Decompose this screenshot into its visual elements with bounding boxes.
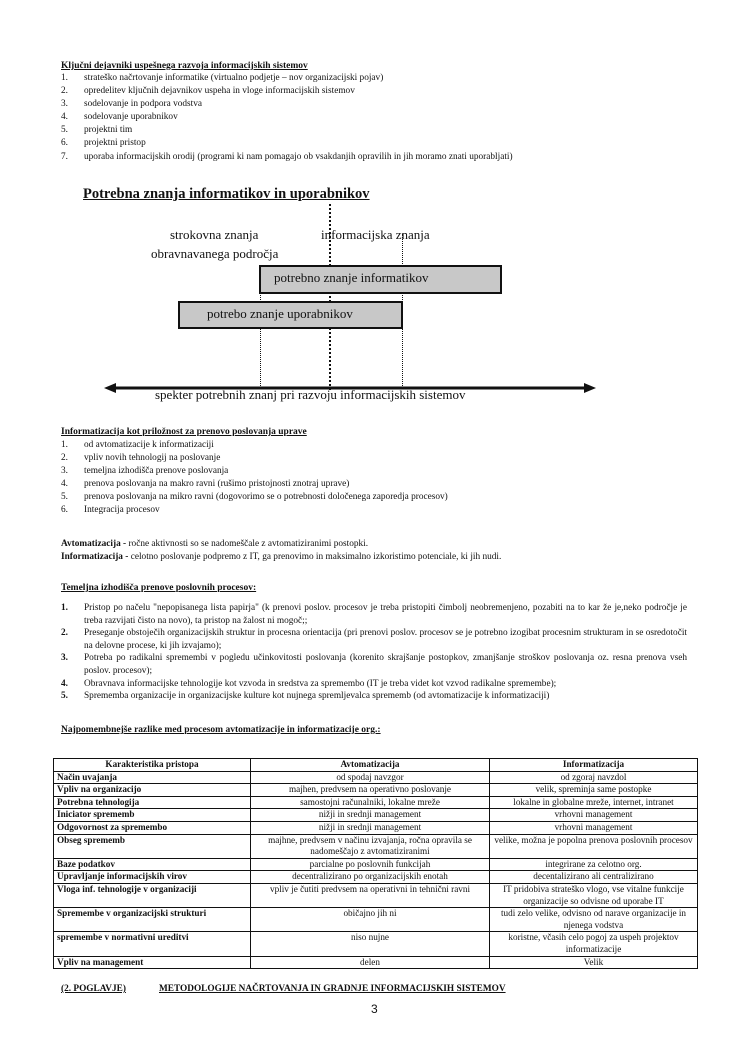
foundations-list: 1.Pristop po načelu "nepopisanega lista … <box>61 602 687 703</box>
definition-text: celotno poslovanje podpremo z IT, ga pre… <box>128 552 501 562</box>
list-item-text: Potreba po radikalni spremembi v pogledu… <box>84 653 687 676</box>
table-row: Iniciator spremembnižji in srednji manag… <box>54 809 698 822</box>
list-item-text: Obravnava informacijske tehnologije kot … <box>84 679 556 689</box>
list-item-number: 2. <box>61 627 68 640</box>
list-item-text: Preseganje obstoječih organizacijskih st… <box>84 628 687 651</box>
section-heading-differences: Najpomembnejše razlike med procesom avto… <box>61 725 381 735</box>
list-item-text: od avtomatizacije k informatizaciji <box>84 440 214 450</box>
list-item: 6.Integracija procesov <box>61 504 448 517</box>
key-factors-list: 1.strateško načrtovanje informatike (vir… <box>61 72 513 164</box>
list-item-text: sodelovanje uporabnikov <box>84 112 178 122</box>
table-cell-informatization: velik, spreminja same postopke <box>490 784 698 797</box>
label-domain-knowledge-line1: strokovna znanja <box>170 227 258 243</box>
box-informatiki-label: potrebno znanje informatikov <box>274 270 429 286</box>
list-item-text: prenova poslovanja na mikro ravni (dogov… <box>84 492 448 502</box>
list-item: 3.Potreba po radikalni spremembi v pogle… <box>61 652 687 677</box>
list-item-text: Pristop po načelu "nepopisanega lista pa… <box>84 603 687 626</box>
list-item: 4.prenova poslovanja na makro ravni (ruš… <box>61 478 448 491</box>
list-item: 2.Preseganje obstoječih organizacijskih … <box>61 627 687 652</box>
table-cell-informatization: integrirane za celotno org. <box>490 858 698 871</box>
table-cell-characteristic: Iniciator sprememb <box>54 809 251 822</box>
table-header-row: Karakteristika pristopaAvtomatizacijaInf… <box>54 759 698 772</box>
table-cell-characteristic: Vpliv na management <box>54 956 251 969</box>
table-cell-automation: nižji in srednji management <box>251 821 490 834</box>
table-cell-informatization: IT pridobiva strateško vlogo, vse vitaln… <box>490 883 698 907</box>
list-item: 1.Pristop po načelu "nepopisanega lista … <box>61 602 687 627</box>
list-item-number: 1. <box>61 439 84 452</box>
table-cell-automation: nižji in srednji management <box>251 809 490 822</box>
table-cell-characteristic: Obseg sprememb <box>54 834 251 858</box>
list-item-text: opredelitev ključnih dejavnikov uspeha i… <box>84 86 355 96</box>
list-item-number: 4. <box>61 478 84 491</box>
list-item-text: sodelovanje in podpora vodstva <box>84 99 202 109</box>
table-cell-automation: niso nujne <box>251 932 490 956</box>
section-heading-key-factors: Ključni dejavniki uspešnega razvoja info… <box>61 61 308 71</box>
table-header-cell: Informatizacija <box>490 759 698 772</box>
list-item-number: 3. <box>61 652 68 665</box>
table-row: Vpliv na organizacijomajhen, predvsem na… <box>54 784 698 797</box>
table-cell-characteristic: Spremembe v organizacijski strukturi <box>54 908 251 932</box>
diagram-title: Potrebna znanja informatikov in uporabni… <box>83 186 370 203</box>
definition-term: Avtomatizacija - <box>61 539 126 549</box>
list-item-number: 3. <box>61 98 84 111</box>
list-item-number: 5. <box>61 124 84 137</box>
table-cell-informatization: tudi zelo velike, odvisno od narave orga… <box>490 908 698 932</box>
table-row: Spremembe v organizacijski strukturiobič… <box>54 908 698 932</box>
table-cell-automation: običajno jih ni <box>251 908 490 932</box>
table-cell-automation: delen <box>251 956 490 969</box>
list-item-text: Integracija procesov <box>84 505 160 515</box>
list-item-number: 1. <box>61 72 84 85</box>
list-item-text: Sprememba organizacije in organizacijske… <box>84 691 549 701</box>
informatization-list: 1.od avtomatizacije k informatizaciji2.v… <box>61 439 448 518</box>
table-cell-characteristic: Vloga inf. tehnologije v organizaciji <box>54 883 251 907</box>
list-item-number: 3. <box>61 465 84 478</box>
table-cell-characteristic: Način uvajanja <box>54 771 251 784</box>
table-cell-characteristic: Potrebna tehnologija <box>54 796 251 809</box>
table-row: Način uvajanjaod spodaj navzgorod zgoraj… <box>54 771 698 784</box>
table-row: Vpliv na managementdelenVelik <box>54 956 698 969</box>
table-row: Vloga inf. tehnologije v organizacijivpl… <box>54 883 698 907</box>
list-item-text: projektni tim <box>84 125 132 135</box>
box-users-label: potrebo znanje uporabnikov <box>207 306 353 322</box>
table-row: Odgovornost za spremembonižji in srednji… <box>54 821 698 834</box>
table-cell-automation: majhen, predvsem na operativno poslovanj… <box>251 784 490 797</box>
table-header-cell: Karakteristika pristopa <box>54 759 251 772</box>
list-item-number: 2. <box>61 85 84 98</box>
list-item-number: 6. <box>61 137 84 150</box>
list-item-text: projektni pristop <box>84 138 146 148</box>
list-item: 6.projektni pristop <box>61 137 513 150</box>
table-cell-informatization: od zgoraj navzdol <box>490 771 698 784</box>
table-cell-characteristic: Upravljanje informacijskih virov <box>54 871 251 884</box>
table-cell-automation: decentralizirano po organizacijskih enot… <box>251 871 490 884</box>
list-item: 4.sodelovanje uporabnikov <box>61 111 513 124</box>
table-cell-informatization: decentalizirano ali centralizirano <box>490 871 698 884</box>
table-cell-informatization: vrhovni management <box>490 821 698 834</box>
table-cell-characteristic: spremembe v normativni ureditvi <box>54 932 251 956</box>
list-item: 5.prenova poslovanja na mikro ravni (dog… <box>61 491 448 504</box>
list-item-number: 2. <box>61 452 84 465</box>
list-item: 5.projektni tim <box>61 124 513 137</box>
list-item-text: prenova poslovanja na makro ravni (rušim… <box>84 479 349 489</box>
list-item-number: 4. <box>61 111 84 124</box>
list-item-number: 6. <box>61 504 84 517</box>
list-item-number: 5. <box>61 491 84 504</box>
comparison-table: Karakteristika pristopaAvtomatizacijaInf… <box>53 758 698 969</box>
table-cell-characteristic: Baze podatkov <box>54 858 251 871</box>
list-item: 1.strateško načrtovanje informatike (vir… <box>61 72 513 85</box>
section-heading-informatization: Informatizacija kot priložnost za prenov… <box>61 427 307 437</box>
table-row: Upravljanje informacijskih virovdecentra… <box>54 871 698 884</box>
list-item: 1.od avtomatizacije k informatizaciji <box>61 439 448 452</box>
table-cell-automation: samostojni računalniki, lokalne mreže <box>251 796 490 809</box>
table-row: Baze podatkovparcialne po poslovnih funk… <box>54 858 698 871</box>
list-item: 4.Obravnava informacijske tehnologije ko… <box>61 678 687 691</box>
list-item-number: 4. <box>61 678 68 691</box>
list-item: 7.uporaba informacijskih orodij (program… <box>61 151 513 164</box>
list-item: 2.opredelitev ključnih dejavnikov uspeha… <box>61 85 513 98</box>
list-item-number: 7. <box>61 151 84 164</box>
box-users-knowledge: potrebo znanje uporabnikov <box>178 301 403 329</box>
list-item: 2.vpliv novih tehnologij na poslovanje <box>61 452 448 465</box>
spectrum-axis-label: spekter potrebnih znanj pri razvoju info… <box>155 387 465 403</box>
table-row: Obseg spremembmajhne, predvsem v načinu … <box>54 834 698 858</box>
definitions: Avtomatizacija - ročne aktivnosti so se … <box>61 538 501 564</box>
table-cell-automation: vpliv je čutiti predvsem na operativni i… <box>251 883 490 907</box>
definition-text: ročne aktivnosti so se nadomeščale z avt… <box>126 539 368 549</box>
list-item-text: vpliv novih tehnologij na poslovanje <box>84 453 220 463</box>
box-informatiki-knowledge: potrebno znanje informatikov <box>259 265 502 294</box>
table-header-cell: Avtomatizacija <box>251 759 490 772</box>
definition-row: Informatizacija - celotno poslovanje pod… <box>61 551 501 564</box>
table-cell-automation: parcialne po poslovnih funkcijah <box>251 858 490 871</box>
table-cell-informatization: velike, možna je popolna prenova poslovn… <box>490 834 698 858</box>
list-item-number: 5. <box>61 690 68 703</box>
footer-chapter: (2. POGLAVJE) <box>61 984 126 994</box>
list-item: 3.temeljna izhodišča prenove poslovanja <box>61 465 448 478</box>
table-row: spremembe v normativni ureditviniso nujn… <box>54 932 698 956</box>
section-heading-foundations: Temeljna izhodišča prenove poslovnih pro… <box>61 583 256 593</box>
list-item: 5.Sprememba organizacije in organizacijs… <box>61 690 687 703</box>
definition-row: Avtomatizacija - ročne aktivnosti so se … <box>61 538 501 551</box>
definition-term: Informatizacija - <box>61 552 128 562</box>
list-item-number: 1. <box>61 602 68 615</box>
table-row: Potrebna tehnologijasamostojni računalni… <box>54 796 698 809</box>
footer-title: METODOLOGIJE NAČRTOVANJA IN GRADNJE INFO… <box>159 984 506 994</box>
list-item-text: strateško načrtovanje informatike (virtu… <box>84 73 383 83</box>
table-cell-informatization: lokalne in globalne mreže, internet, int… <box>490 796 698 809</box>
table-cell-informatization: vrhovni management <box>490 809 698 822</box>
table-cell-informatization: Velik <box>490 956 698 969</box>
list-item: 3.sodelovanje in podpora vodstva <box>61 98 513 111</box>
table-cell-automation: od spodaj navzgor <box>251 771 490 784</box>
label-informatics-knowledge: informacijska znanja <box>321 227 430 243</box>
table-cell-automation: majhne, predvsem v načinu izvajanja, roč… <box>251 834 490 858</box>
table-cell-characteristic: Odgovornost za spremembo <box>54 821 251 834</box>
list-item-text: uporaba informacijskih orodij (programi … <box>84 152 513 162</box>
label-domain-knowledge-line2: obravnavanega področja <box>151 246 278 262</box>
page-number: 3 <box>371 1002 378 1016</box>
list-item-text: temeljna izhodišča prenove poslovanja <box>84 466 228 476</box>
table-cell-characteristic: Vpliv na organizacijo <box>54 784 251 797</box>
table-cell-informatization: koristne, včasih celo pogoj za uspeh pro… <box>490 932 698 956</box>
